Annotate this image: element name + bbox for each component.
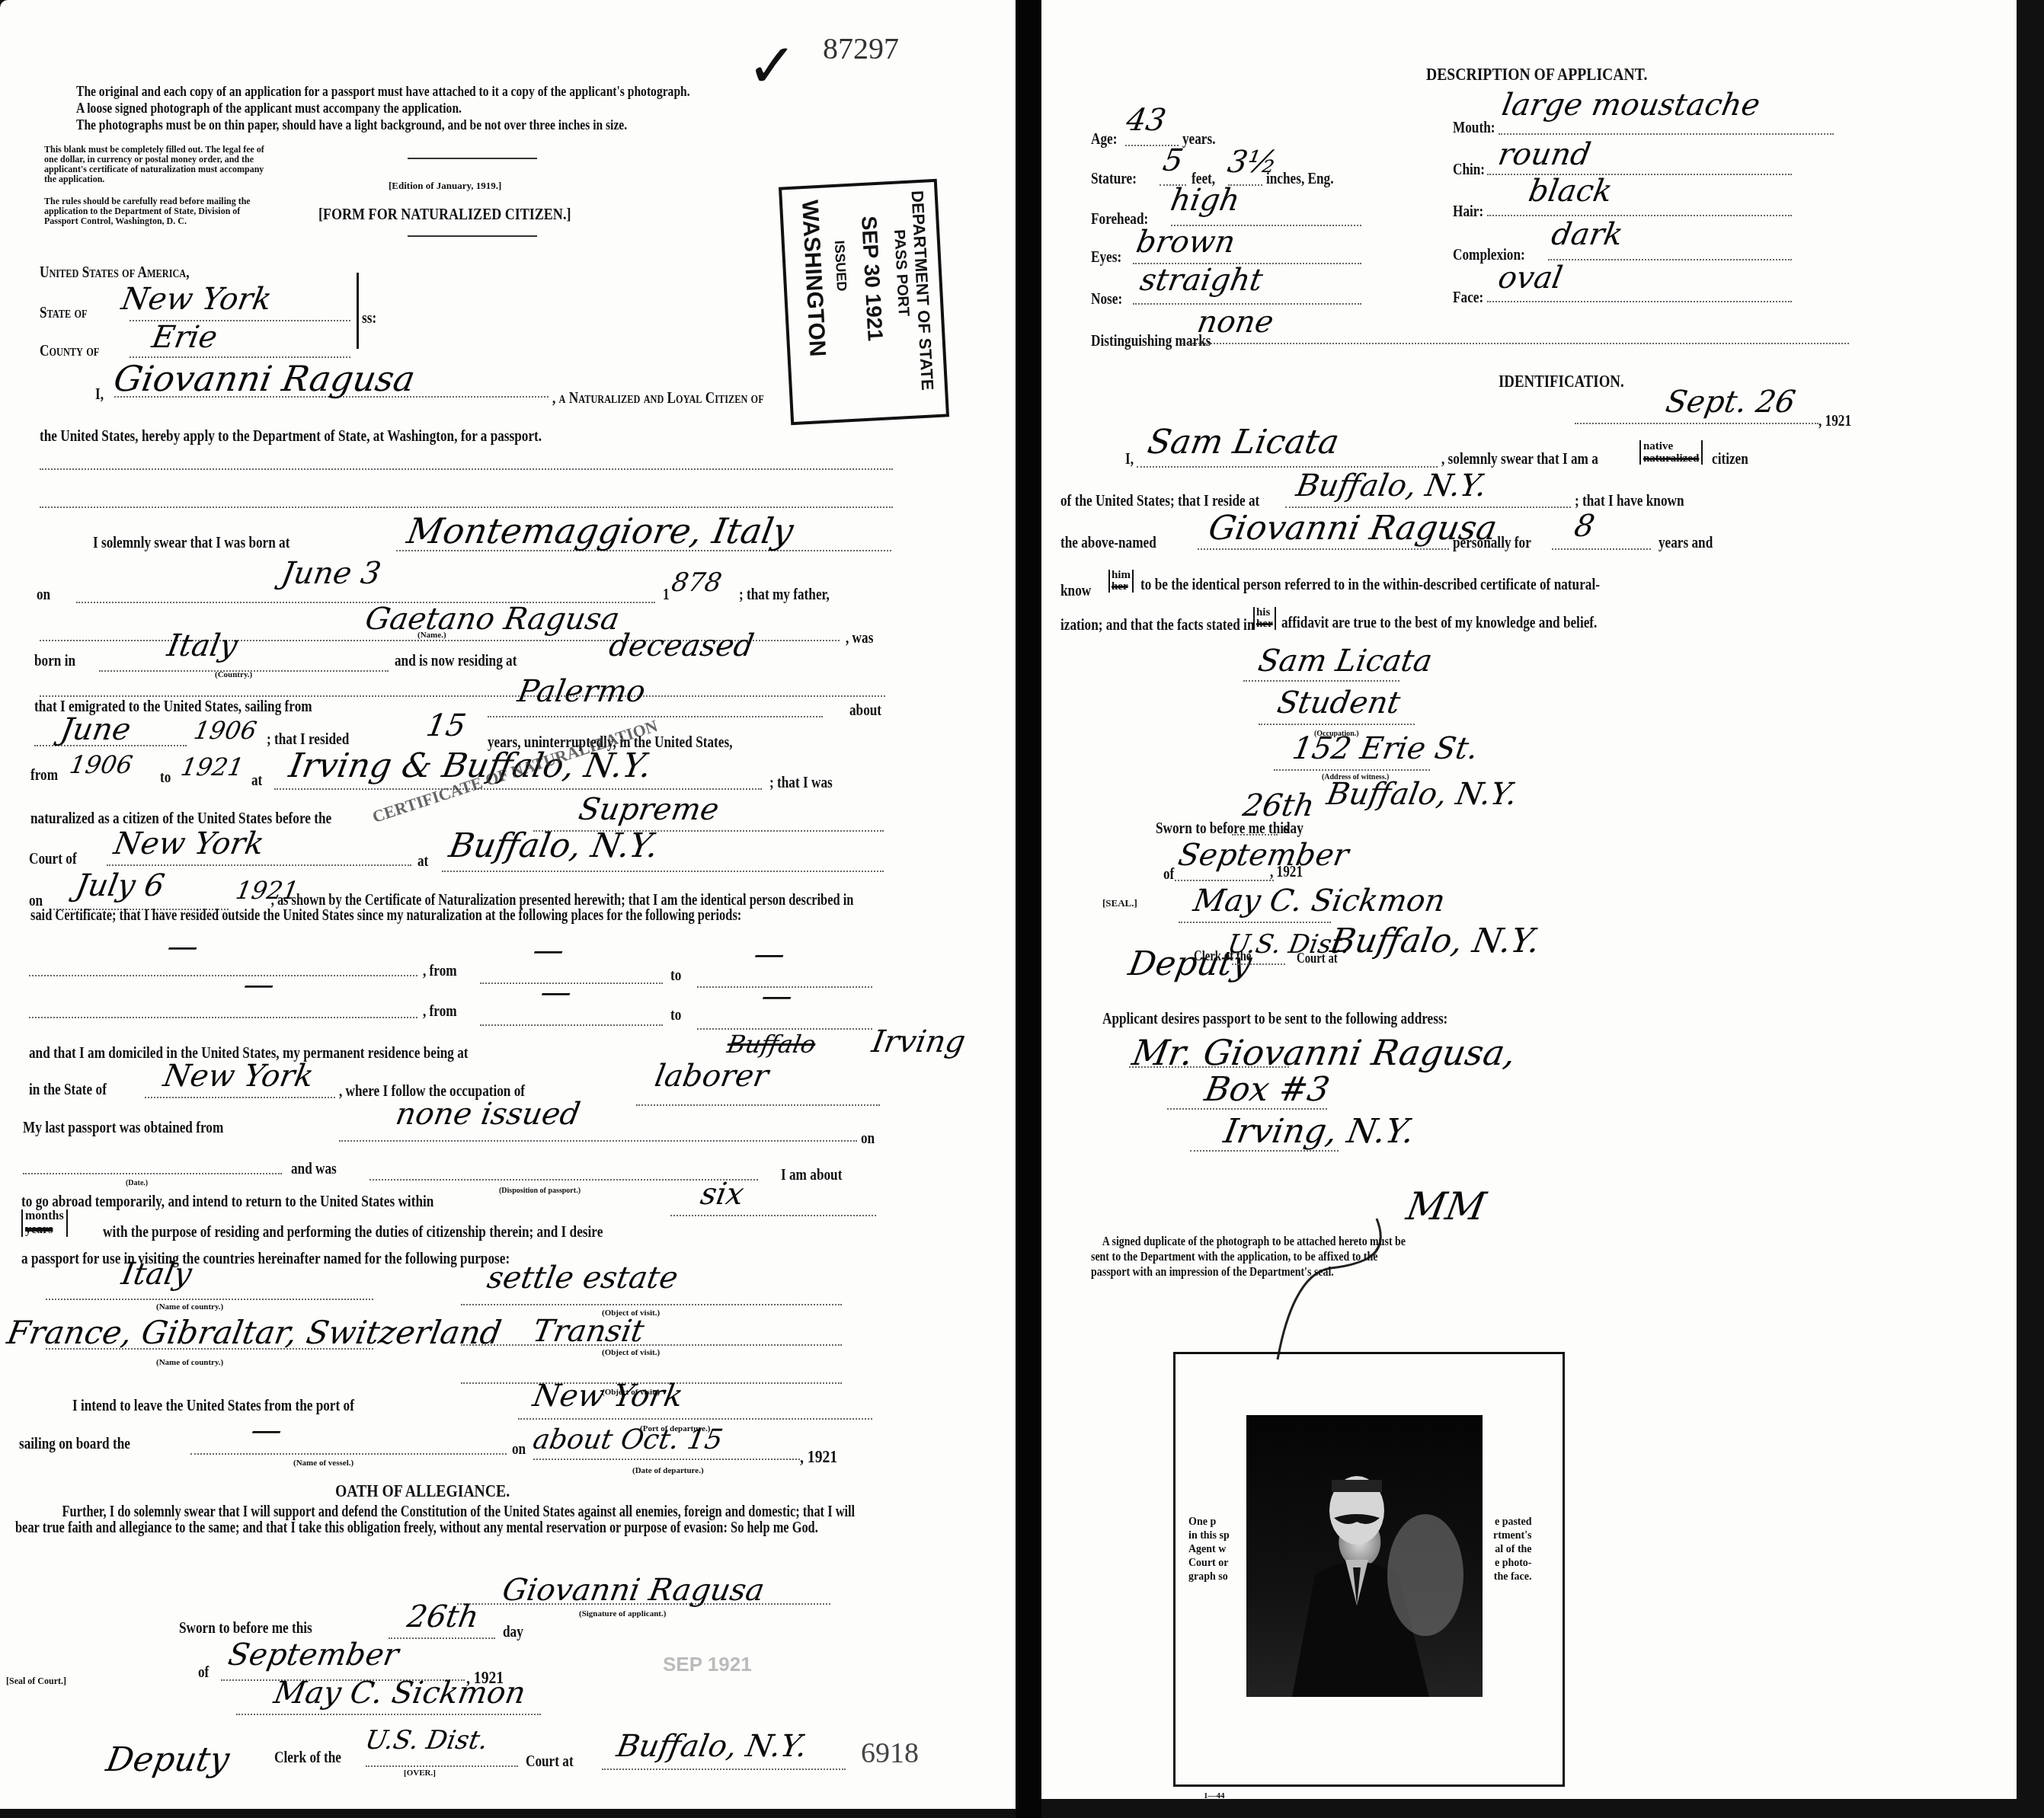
applicant-signature: Giovanni Ragusa	[500, 1573, 767, 1608]
photo-note: A signed duplicate of the photograph to …	[1091, 1234, 1415, 1280]
file-number: 87297	[823, 30, 899, 66]
clerk-court: U.S. Dist.	[363, 1725, 490, 1756]
edition-label: [Edition of January, 1919.]	[389, 180, 501, 192]
hair-label: Hair:	[1453, 202, 1483, 221]
years-resided: 15	[424, 708, 469, 743]
departure-date: about Oct. 15	[530, 1424, 725, 1455]
stature-label: Stature:	[1091, 169, 1137, 188]
native-option: native	[1643, 440, 1699, 452]
deputy-label: Deputy	[104, 1740, 232, 1779]
object-caption: (Object of visit.)	[602, 1348, 660, 1357]
residence-struck: Buffalo	[725, 1030, 818, 1059]
last-passport-label: My last passport was obtained from	[23, 1118, 223, 1137]
mailing-line-1: Mr. Giovanni Ragusa,	[1129, 1032, 1519, 1073]
duration-unit-bracket: months years	[21, 1209, 68, 1237]
birth-place: Montemaggiore, Italy	[404, 510, 796, 551]
eyes-value: brown	[1134, 225, 1238, 260]
clerk-signature: May C. Sickmon	[271, 1676, 528, 1711]
mouth-value: large moustache	[1499, 88, 1763, 123]
clerk-of-label: Clerk of the	[274, 1748, 341, 1767]
purpose-text: with the purpose of residing and perform…	[103, 1222, 603, 1241]
nose-value: straight	[1137, 263, 1265, 298]
photo-box-text-left: One p in this sp Agent w Court or graph …	[1188, 1516, 1230, 1584]
forehead-value: high	[1168, 183, 1243, 218]
photo-instruction-2: A loose signed photograph of the applica…	[76, 101, 462, 117]
identical-text: to be the identical person referred to i…	[1140, 575, 1600, 594]
last-passport-value: none issued	[393, 1097, 583, 1132]
country-caption: (Name of country.)	[156, 1302, 223, 1312]
date-caption: (Date.)	[126, 1179, 148, 1187]
face-value: oval	[1495, 260, 1565, 296]
identification-year: , 1921	[1818, 411, 1851, 430]
at-label: at	[251, 771, 262, 790]
day-label: day	[503, 1622, 523, 1641]
emigration-year: 1906	[192, 716, 259, 745]
birth-year: 878	[669, 567, 724, 598]
identification-date: Sept. 26	[1663, 385, 1798, 420]
mouth-label: Mouth:	[1453, 118, 1495, 137]
divider	[408, 235, 537, 237]
face-label: Face:	[1453, 288, 1483, 307]
clerk-signature: May C. Sickmon	[1191, 883, 1447, 919]
father-label: ; that my father,	[739, 585, 830, 604]
ss-label: ss:	[362, 308, 376, 327]
known-text: ; that I have known	[1575, 491, 1684, 510]
witness-name: Sam Licata	[1145, 423, 1342, 462]
born-in-label: born in	[34, 651, 75, 670]
age-label: Age:	[1091, 129, 1117, 149]
witness-signature: Sam Licata	[1256, 644, 1435, 679]
of-label: of	[1163, 864, 1174, 883]
about-label: I am about	[781, 1165, 842, 1184]
day-label: day	[1283, 819, 1303, 838]
complexion-value: dark	[1549, 217, 1626, 252]
destination-country: France, Gibraltar, Switzerland	[5, 1314, 504, 1351]
venue-bracket	[349, 273, 359, 349]
return-text: to go abroad temporarily, and intend to …	[21, 1192, 433, 1211]
court-at-label: Court at	[526, 1752, 574, 1771]
stature-feet: 5	[1160, 143, 1186, 178]
identification-title: IDENTIFICATION.	[1499, 372, 1624, 391]
possessive-bracket: his her	[1253, 607, 1276, 630]
above-named-label: the above-named	[1060, 533, 1156, 552]
state-label: State of	[40, 303, 88, 322]
on-label: on	[512, 1439, 526, 1459]
clerk-court-city: Buffalo, N.Y.	[1328, 922, 1543, 960]
sworn-label: Sworn to before me this	[179, 1618, 312, 1637]
sworn-year: , 1921	[1270, 862, 1303, 881]
register-number: 6918	[861, 1737, 919, 1770]
sailing-label: sailing on board the	[19, 1434, 130, 1453]
page-gutter	[1016, 0, 1041, 1818]
port-value: New York	[530, 1379, 686, 1414]
period-to-label: to	[670, 1005, 681, 1024]
marks-value: none	[1195, 305, 1276, 340]
form-title: [FORM FOR NATURALIZED CITIZEN.]	[318, 204, 571, 224]
country-caption: (Name of country.)	[156, 1358, 223, 1367]
emigration-port: Palermo	[515, 674, 648, 709]
know-label: know	[1060, 581, 1091, 600]
to-label: to	[160, 768, 171, 787]
hair-value: black	[1526, 174, 1615, 209]
her-struck: her	[1256, 618, 1273, 630]
unit-months: months	[25, 1209, 64, 1223]
destination-country: Italy	[119, 1257, 194, 1292]
birth-date: June 3	[279, 556, 384, 591]
side-note-rules: The rules should be carefully read befor…	[44, 196, 265, 226]
country-caption: (Country.)	[215, 670, 252, 679]
destination-object: Transit	[530, 1314, 647, 1349]
photo-box-text-right: e pasted rtment's al of the e photo- the…	[1493, 1516, 1532, 1584]
seal-label: [SEAL.]	[1102, 897, 1137, 909]
swear-text: , solemnly swear that I am a	[1441, 449, 1598, 468]
ization-text: ization; and that the facts stated in	[1060, 615, 1254, 634]
to-year: 1921	[179, 752, 246, 781]
mailing-line-2: Box #3	[1202, 1070, 1332, 1109]
oath-text: Further, I do solemnly swear that I will…	[15, 1504, 878, 1536]
naturalization-label: naturalized as a citizen of the United S…	[30, 809, 331, 828]
father-name: Gaetano Ragusa	[363, 602, 622, 637]
reside-text: of the United States; that I reside at	[1060, 491, 1259, 510]
period-from: —	[530, 933, 567, 968]
birth-label: I solemnly swear that I was born at	[93, 533, 289, 552]
that-i-was: ; that I was	[769, 773, 833, 792]
vessel-name: —	[248, 1413, 285, 1448]
unit-years-struck: years	[25, 1223, 64, 1237]
him-option: him	[1112, 570, 1131, 581]
oath-title: OATH OF ALLEGIANCE.	[335, 1481, 510, 1502]
county-value: Erie	[149, 320, 220, 355]
birth-year-prefix: 1	[663, 585, 670, 604]
received-stamp: SEP 1921	[663, 1653, 752, 1676]
residing-label: and is now residing at	[395, 651, 517, 670]
clerk-court-city: Buffalo, N.Y.	[614, 1729, 810, 1764]
years-and-label: years and	[1659, 533, 1713, 552]
marks-label: Distinguishing marks	[1091, 331, 1211, 350]
was-label: , was	[846, 628, 873, 647]
sworn-day: 26th	[1240, 788, 1317, 823]
on-label: on	[37, 585, 50, 604]
vessel-caption: (Name of vessel.)	[293, 1459, 353, 1468]
return-period: six	[698, 1177, 747, 1212]
eyes-label: Eyes:	[1091, 248, 1121, 267]
period-place: —	[165, 929, 201, 964]
left-page: ✓ 87297 The original and each copy of an…	[0, 0, 1016, 1809]
nose-label: Nose:	[1091, 289, 1122, 308]
years-known: 8	[1572, 509, 1598, 544]
disposition-caption: (Disposition of passport.)	[499, 1187, 581, 1195]
witness-address: 152 Erie St.	[1290, 731, 1481, 766]
court-name: Supreme	[576, 792, 721, 827]
sworn-month: September	[226, 1637, 401, 1673]
applicant-name: Giovanni Ragusa	[110, 358, 418, 399]
witness-occupation: Student	[1275, 685, 1403, 720]
applicant-photograph	[1246, 1415, 1483, 1697]
chin-value: round	[1495, 137, 1593, 172]
court-at-label: at	[417, 851, 428, 871]
period-to: —	[751, 937, 788, 972]
domicile-state: New York	[161, 1059, 316, 1094]
i-label: I,	[1125, 449, 1134, 468]
period-from: —	[538, 975, 574, 1010]
father-country: Italy	[165, 628, 240, 663]
form-code: 1—44	[1204, 1791, 1225, 1800]
mailing-label: Applicant desires passport to be sent to…	[1102, 1009, 1447, 1028]
age-suffix: years.	[1182, 129, 1216, 149]
occupation-value: laborer	[652, 1059, 771, 1094]
departure-year: , 1921	[800, 1447, 837, 1468]
state-of-label: in the State of	[29, 1080, 107, 1099]
citizen-label: , a Naturalized and Loyal Citizen of	[552, 388, 764, 407]
permanent-residence: Irving	[869, 1024, 968, 1059]
personally-for-label: personally for	[1453, 533, 1531, 552]
court-state: New York	[111, 826, 267, 861]
period-to-label: to	[670, 966, 681, 985]
sworn-day: 26th	[405, 1599, 481, 1634]
seal-of-court-label: [Seal of Court.]	[6, 1676, 66, 1687]
period-to: —	[759, 979, 795, 1014]
passport-issued-stamp: DEPARTMENT OF STATE PASS PORT SEP 30 192…	[779, 179, 949, 425]
side-note-fee: This blank must be completely filled out…	[44, 145, 265, 184]
naturalized-struck: naturalized	[1643, 452, 1699, 465]
applicant-prefix: I,	[95, 385, 104, 404]
witness-city: Buffalo, N.Y.	[1324, 777, 1520, 812]
apply-line: the United States, hereby apply to the D…	[40, 427, 542, 446]
pronoun-bracket: him her	[1108, 570, 1134, 593]
name-caption: (Name.)	[417, 631, 446, 640]
over-label: [OVER.]	[404, 1768, 436, 1778]
his-option: his	[1256, 607, 1273, 618]
mailing-line-3: Irving, N.Y.	[1221, 1112, 1418, 1151]
age-value: 43	[1124, 103, 1169, 138]
chin-label: Chin:	[1453, 160, 1485, 179]
from-year: 1906	[68, 750, 135, 779]
her-struck: her	[1112, 581, 1131, 593]
countries-text: a passport for use in visiting the count…	[21, 1249, 510, 1268]
period-from-label: , from	[423, 961, 457, 980]
of-label: of	[198, 1663, 209, 1682]
citizen-label: citizen	[1712, 449, 1748, 468]
sworn-month: September	[1176, 838, 1351, 873]
period-place: —	[241, 967, 277, 1002]
about-label: about	[849, 701, 881, 720]
from-label: from	[30, 765, 58, 784]
venue-country: United States of America,	[40, 263, 190, 282]
belief-text: affidavit are true to the best of my kno…	[1281, 613, 1597, 632]
county-label: County of	[40, 341, 99, 360]
father-status: deceased	[606, 628, 757, 663]
state-value: New York	[119, 282, 274, 317]
description-title: DESCRIPTION OF APPLICANT.	[1426, 65, 1647, 85]
departure-caption: (Date of departure.)	[632, 1466, 704, 1475]
signature-caption: (Signature of applicant.)	[579, 1609, 666, 1618]
period-from-label: , from	[423, 1002, 457, 1021]
court-of-label: Court of	[29, 849, 77, 868]
photo-instruction-3: The photographs must be on thin paper, s…	[76, 117, 627, 134]
and-was-label: and was	[291, 1159, 337, 1178]
inches-label: inches, Eng.	[1266, 169, 1334, 188]
on-label: on	[861, 1129, 875, 1148]
photo-instruction-1: The original and each copy of an applica…	[76, 84, 690, 101]
citizen-type-bracket: native naturalized	[1639, 440, 1703, 465]
port-label: I intend to leave the United States from…	[72, 1396, 354, 1415]
court-city: Buffalo, N.Y.	[446, 826, 662, 865]
destination-object: settle estate	[485, 1260, 681, 1296]
clerk-initials: MM	[1403, 1184, 1489, 1229]
emigration-month: June	[58, 712, 133, 747]
witness-residence: Buffalo, N.Y.	[1294, 468, 1489, 503]
divider	[408, 158, 537, 159]
check-mark-icon: ✓	[747, 30, 798, 101]
certificate-text: , as shown by the Certificate of Natural…	[30, 893, 862, 923]
